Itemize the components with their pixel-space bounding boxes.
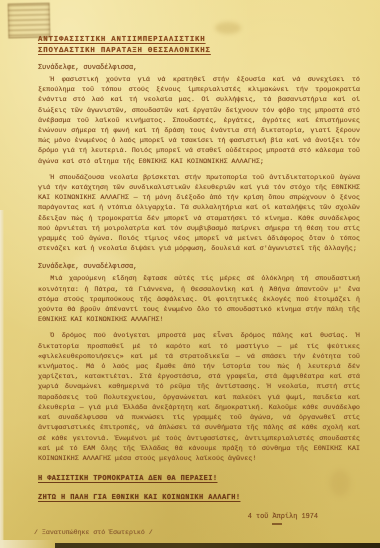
date-line: 4 τοῦ Ἀπρίλη 1974: [38, 513, 318, 521]
paper-bottom-left-corner: [0, 540, 55, 548]
paragraph-1: Ἡ φασιστική χούντα γιά νά κρατηθεῖ στήν …: [38, 75, 360, 167]
salutation-1: Συνάδελφε, συναδέλφισσα,: [38, 64, 360, 72]
paragraph-2: Ἡ σπουδάζουσα νεολαία βρίσκεται στήν πρω…: [38, 173, 360, 255]
document-scan: ΑΝΤΙΦΑΣΙΣΤΙΚΗ ΑΝΤΙΙΜΠΕΡΙΑΛΙΣΤΙΚΗ ΣΠΟΥΔΑΣ…: [0, 0, 380, 548]
leaflet-content: ΑΝΤΙΦΑΣΙΣΤΙΚΗ ΑΝΤΙΙΜΠΕΡΙΑΛΙΣΤΙΚΗ ΣΠΟΥΔΑΣ…: [38, 36, 360, 536]
org-title-line-1: ΑΝΤΙΦΑΣΙΣΤΙΚΗ ΑΝΤΙΙΜΠΕΡΙΑΛΙΣΤΙΚΗ: [38, 36, 360, 44]
paper-stain: [215, 22, 241, 34]
slogan-line-1: Η ΦΑΣΙΣΤΙΚΗ ΤΡΟΜΟΚΡΑΤΙΑ ΔΕΝ ΘΑ ΠΕΡΑΣΕΙ!: [38, 475, 360, 483]
reprint-note: / Ξανατυπώθηκε στό Ἐσωτερικό /: [34, 529, 360, 536]
date-underline-dash: [272, 523, 282, 525]
scan-bottom-edge: [55, 543, 380, 548]
slogan-line-2: ΖΗΤΩ Η ΠΑΛΗ ΓΙΑ ΕΘΝΙΚΗ ΚΑΙ ΚΟΙΝΩΝΙΚΗ ΑΛΛ…: [38, 494, 360, 502]
org-title-line-2: ΣΠΟΥΔΑΣΤΙΚΗ ΠΑΡΑΤΑΞΗ ΘΕΣΣΑΛΟΝΙΚΗΣ: [38, 47, 360, 55]
archive-stamp: [8, 3, 51, 39]
paragraph-3: Μιά χαρούμενη εἴδηση ἔφτασε αὐτές τίς μέ…: [38, 274, 360, 325]
salutation-2: Συνάδελφε, συναδέλφισσα,: [38, 263, 360, 271]
paper-left-edge: [0, 210, 4, 548]
paragraph-4: Ὁ δρόμος πού ἀνοίγεται μπροστά μας εἶναι…: [38, 331, 360, 464]
